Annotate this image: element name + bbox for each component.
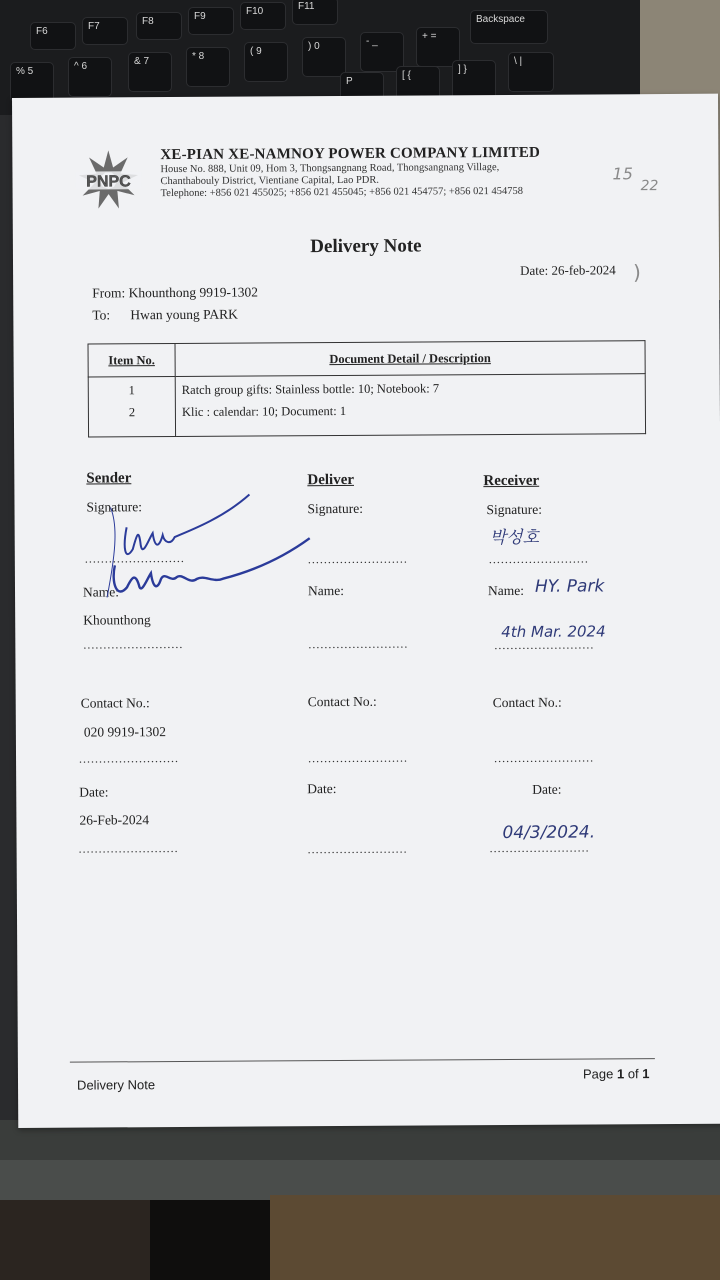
footer-page-number: Page 1 of 1 bbox=[583, 1066, 650, 1081]
handwritten-note-top: 15 bbox=[612, 164, 632, 183]
sender-heading: Sender bbox=[86, 470, 131, 487]
item-numbers: 1 2 bbox=[88, 377, 175, 438]
deliver-heading: Deliver bbox=[307, 472, 354, 489]
receiver-heading: Receiver bbox=[483, 473, 539, 490]
pnpc-logo-icon: PNPC bbox=[74, 149, 142, 211]
deliver-name-line: ......................... bbox=[308, 637, 408, 653]
key-8: * 8 bbox=[186, 47, 230, 87]
page-total: 1 bbox=[642, 1066, 649, 1081]
key-f8: F8 bbox=[136, 12, 182, 40]
key-6: ^ 6 bbox=[68, 57, 112, 97]
sender-name-line: ......................... bbox=[83, 637, 183, 653]
key-bracket-right: ] } bbox=[452, 60, 496, 100]
deliver-contact-line: ......................... bbox=[308, 751, 408, 767]
items-table: Item No. Document Detail / Description 1… bbox=[88, 340, 647, 437]
receiver-signature-label: Signature: bbox=[486, 502, 542, 518]
company-telephone: Telephone: +856 021 455025; +856 021 455… bbox=[161, 186, 541, 200]
sender-contact-line: ......................... bbox=[79, 751, 179, 767]
footer-divider bbox=[70, 1058, 655, 1063]
sender-name-value: Khounthong bbox=[83, 612, 151, 628]
receiver-contact-line: ......................... bbox=[494, 750, 594, 766]
table-header-row: Item No. Document Detail / Description bbox=[88, 341, 645, 377]
deliver-date-line: ......................... bbox=[308, 842, 408, 858]
key-0: ) 0 bbox=[302, 37, 346, 77]
key-f10: F10 bbox=[240, 2, 286, 30]
wooden-surface bbox=[270, 1195, 720, 1280]
sender-date-label: Date: bbox=[79, 784, 108, 800]
receiver-contact-label: Contact No.: bbox=[493, 695, 562, 711]
to-label: To: bbox=[92, 307, 130, 323]
receiver-signature-line: ......................... bbox=[489, 551, 589, 567]
svg-text:PNPC: PNPC bbox=[86, 173, 131, 190]
key-7: & 7 bbox=[128, 52, 172, 92]
page-prefix: Page bbox=[583, 1066, 617, 1081]
to-value: Hwan young PARK bbox=[130, 307, 238, 323]
receiver-name-handwritten: HY. Park bbox=[535, 576, 604, 596]
key-f7: F7 bbox=[82, 17, 128, 45]
to-line: To:Hwan young PARK bbox=[92, 307, 238, 324]
key-backslash: \ | bbox=[508, 52, 554, 92]
handwritten-note-bottom: 22 bbox=[641, 178, 659, 194]
sender-date-value: 26-Feb-2024 bbox=[79, 812, 149, 828]
item-description: Klic : calendar: 10; Document: 1 bbox=[182, 398, 639, 423]
header-item-no: Item No. bbox=[88, 344, 175, 378]
sender-signature-scribble bbox=[104, 486, 315, 607]
key-f9: F9 bbox=[188, 7, 234, 35]
key-backspace: Backspace bbox=[470, 10, 548, 44]
receiver-date-label: Date: bbox=[532, 782, 561, 798]
item-no: 1 bbox=[95, 379, 169, 401]
from-line: From: Khounthong 9919-1302 bbox=[92, 285, 258, 302]
receiver-name-label: Name: bbox=[488, 583, 524, 599]
key-f6: F6 bbox=[30, 22, 76, 50]
sender-contact-value: 020 9919-1302 bbox=[84, 724, 166, 741]
document-title: Delivery Note bbox=[13, 234, 719, 260]
deliver-signature-label: Signature: bbox=[307, 501, 363, 517]
key-9: ( 9 bbox=[244, 42, 288, 82]
delivery-note-paper: PNPC XE-PIAN XE-NAMNOY POWER COMPANY LIM… bbox=[12, 94, 720, 1128]
document-date: Date: 26-feb-2024 bbox=[520, 262, 616, 279]
floor-shadow bbox=[0, 1200, 170, 1280]
item-description: Ratch group gifts: Stainless bottle: 10;… bbox=[182, 376, 639, 401]
item-descriptions: Ratch group gifts: Stainless bottle: 10;… bbox=[175, 374, 645, 437]
receiver-date-line: ......................... bbox=[490, 840, 590, 856]
sender-date-line: ......................... bbox=[79, 841, 179, 857]
company-header: XE-PIAN XE-NAMNOY POWER COMPANY LIMITED … bbox=[160, 145, 540, 200]
key-f11: F11 bbox=[292, 0, 338, 25]
footer-document-name: Delivery Note bbox=[77, 1077, 155, 1092]
sender-contact-label: Contact No.: bbox=[81, 695, 150, 711]
header-description: Document Detail / Description bbox=[175, 341, 645, 377]
clipboard-lip bbox=[0, 1160, 720, 1200]
deliver-date-label: Date: bbox=[307, 781, 336, 797]
receiver-name-line: ......................... bbox=[494, 637, 594, 653]
deliver-name-label: Name: bbox=[308, 583, 344, 599]
key-5: % 5 bbox=[10, 62, 54, 102]
receiver-signature-handwritten: 박성호 bbox=[490, 523, 539, 548]
item-no: 2 bbox=[95, 401, 169, 423]
deliver-signature-line: ......................... bbox=[308, 552, 408, 568]
page-of: of bbox=[624, 1066, 642, 1081]
floor-dark-area bbox=[150, 1200, 270, 1280]
table-row: 1 2 Ratch group gifts: Stainless bottle:… bbox=[88, 374, 645, 437]
handwritten-mark: ) bbox=[633, 260, 641, 284]
deliver-contact-label: Contact No.: bbox=[308, 694, 377, 710]
